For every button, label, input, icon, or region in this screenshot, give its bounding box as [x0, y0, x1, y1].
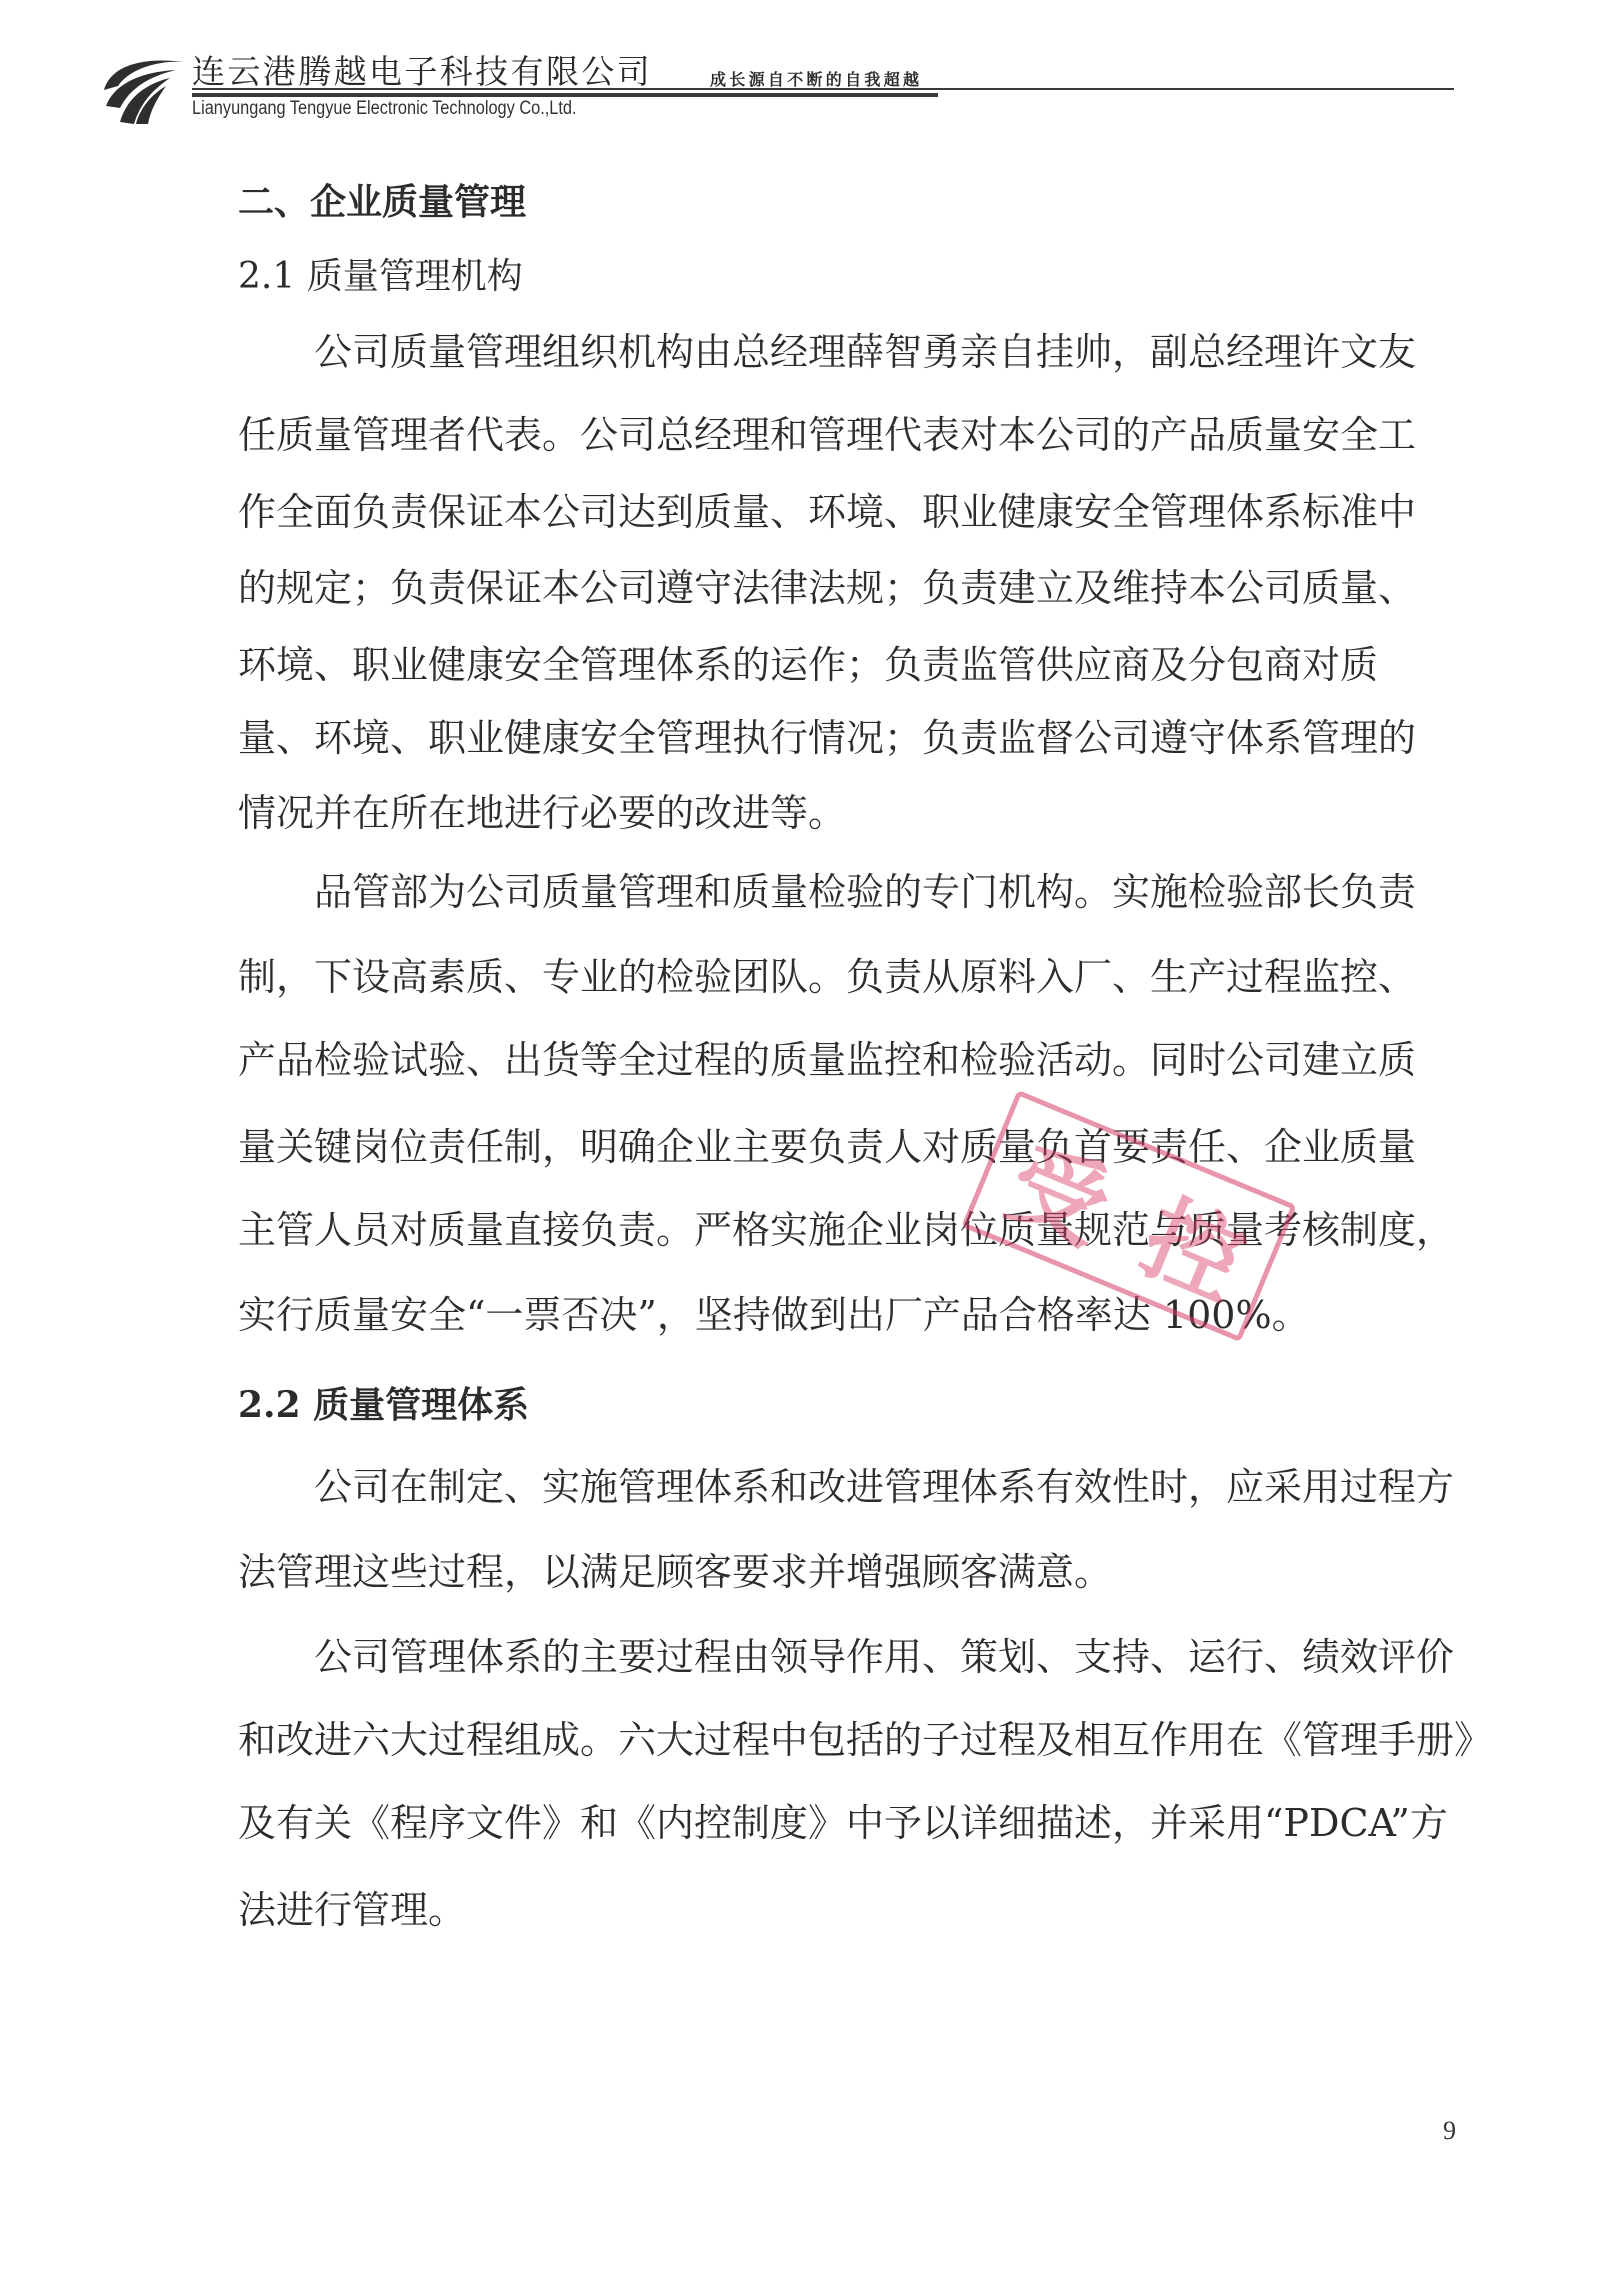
- stamp-char: 控: [1126, 1162, 1267, 1325]
- paragraph-line: 制，下设高素质、专业的检验团队。负责从原料入厂、生产过程监控、: [238, 955, 1416, 999]
- paragraph-line: 和改进六大过程组成。六大过程中包括的子过程及相互作用在《管理手册》: [238, 1718, 1492, 1762]
- paragraph-line: 环境、职业健康安全管理体系的运作；负责监管供应商及分包商对质: [238, 643, 1378, 687]
- page-number: 9: [1443, 2116, 1456, 2146]
- company-name-cn: 连云港腾越电子科技有限公司: [192, 54, 652, 90]
- subsection-title-2-1: 2.1 质量管理机构: [238, 255, 523, 299]
- company-name-en: Lianyungang Tengyue Electronic Technolog…: [192, 98, 577, 120]
- paragraph-line: 法进行管理。: [238, 1888, 466, 1932]
- company-slogan: 成长源自不断的自我超越: [710, 70, 922, 90]
- paragraph-line: 公司管理体系的主要过程由领导作用、策划、支持、运行、绩效评价: [314, 1635, 1454, 1679]
- paragraph-line: 产品检验试验、出货等全过程的质量监控和检验活动。同时公司建立质: [238, 1038, 1416, 1082]
- paragraph-line: 作全面负责保证本公司达到质量、环境、职业健康安全管理体系标准中: [238, 490, 1416, 534]
- company-logo-icon: [100, 50, 186, 126]
- stamp-char: 受: [991, 1106, 1132, 1269]
- subsection-title-2-2: 2.2 质量管理体系: [238, 1383, 529, 1427]
- header-rule-thin: [192, 88, 1454, 90]
- paragraph-line: 及有关《程序文件》和《内控制度》中予以详细描述，并采用“PDCA”方: [238, 1801, 1448, 1845]
- paragraph-line: 品管部为公司质量管理和质量检验的专门机构。实施检验部长负责: [314, 870, 1416, 914]
- paragraph-line: 公司在制定、实施管理体系和改进管理体系有效性时，应采用过程方: [314, 1465, 1454, 1509]
- paragraph-line: 量关键岗位责任制，明确企业主要负责人对质量负首要责任、企业质量: [238, 1125, 1416, 1169]
- paragraph-line: 量、环境、职业健康安全管理执行情况；负责监督公司遵守体系管理的: [238, 716, 1416, 760]
- header-rule-thick: [192, 93, 938, 97]
- paragraph-line: 任质量管理者代表。公司总经理和管理代表对本公司的产品质量安全工: [238, 413, 1416, 457]
- paragraph-line: 公司质量管理组织机构由总经理薛智勇亲自挂帅，副总经理许文友: [314, 330, 1416, 374]
- paragraph-line: 情况并在所在地进行必要的改进等。: [238, 791, 846, 835]
- paragraph-line: 的规定；负责保证本公司遵守法律法规；负责建立及维持本公司质量、: [238, 566, 1416, 610]
- section-title: 二、企业质量管理: [238, 181, 526, 225]
- paragraph-line: 法管理这些过程，以满足顾客要求并增强顾客满意。: [238, 1550, 1112, 1594]
